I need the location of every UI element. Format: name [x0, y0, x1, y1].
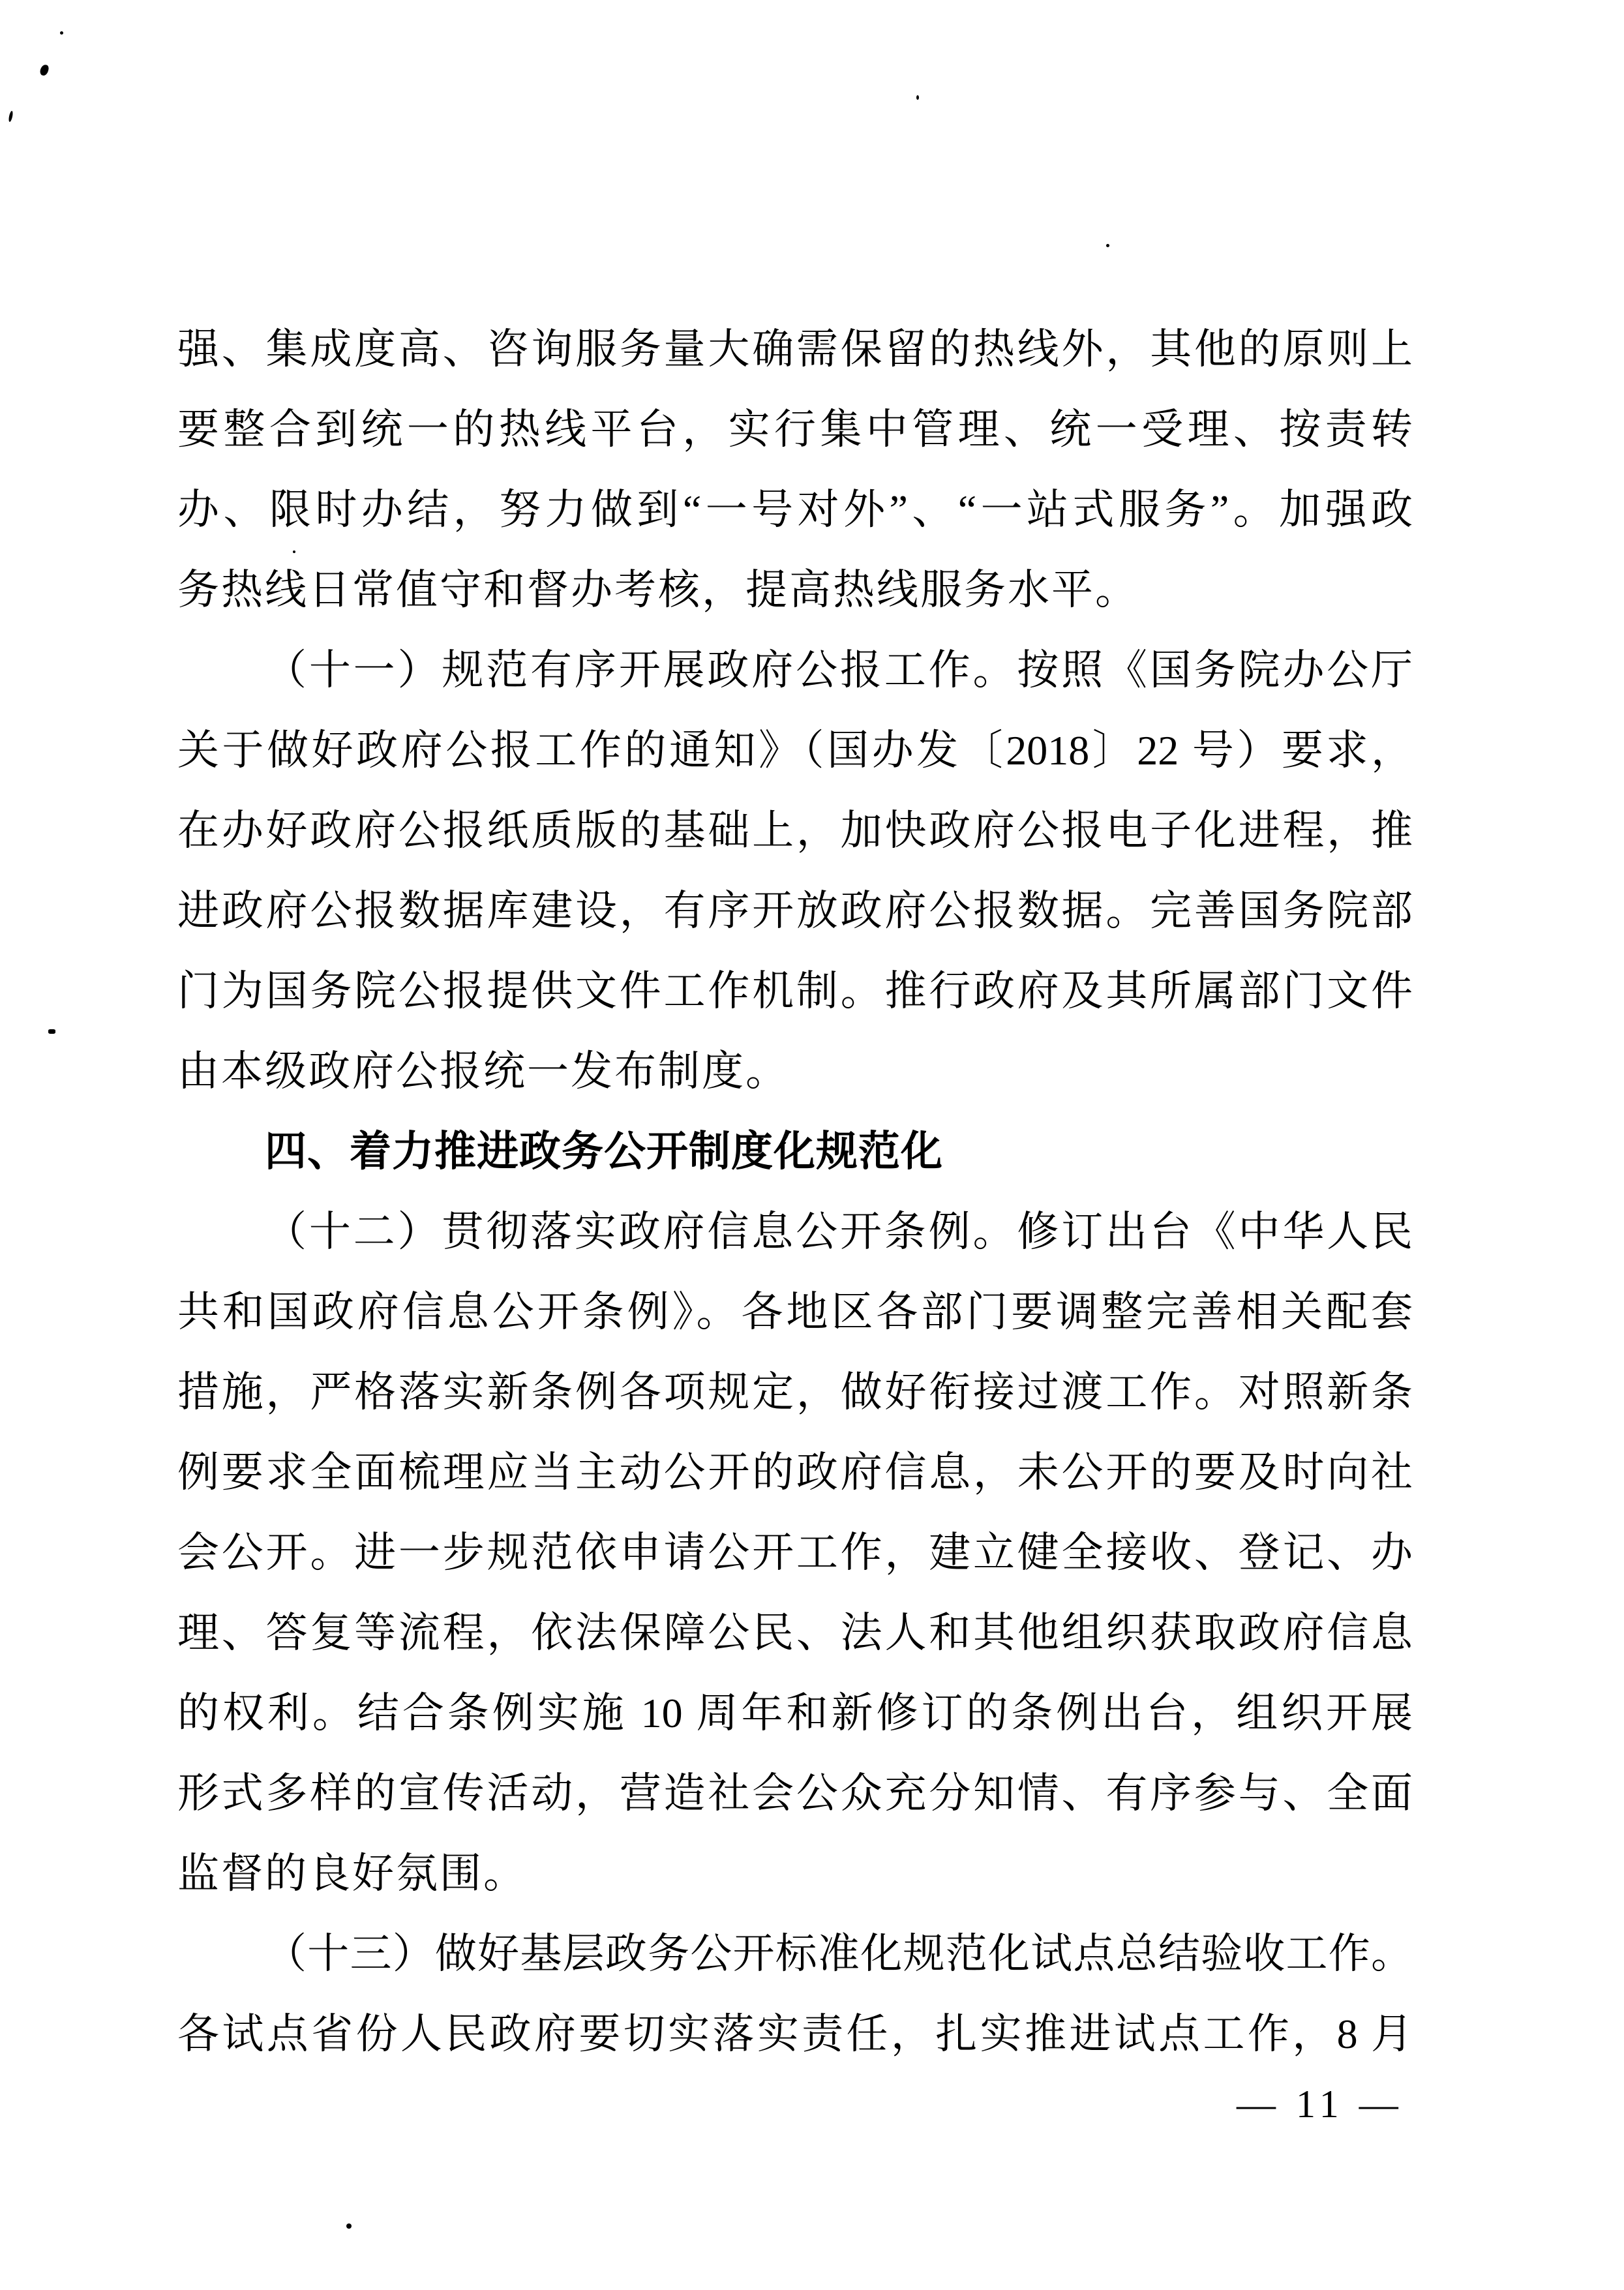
scan-speck [48, 1029, 55, 1034]
text-line: 理、答复等流程，依法保障公民、法人和其他组织获取政府信息 [177, 1593, 1413, 1673]
scan-speck [346, 2223, 352, 2229]
text-line: 由本级政府公报统一发布制度。 [177, 1031, 1413, 1111]
text-line: 关于做好政府公报工作的通知》（国办发〔2018〕22 号）要求， [177, 710, 1413, 791]
text-line: 措施，严格落实新条例各项规定，做好衔接过渡工作。对照新条 [177, 1352, 1413, 1432]
scan-speck [1106, 244, 1109, 247]
text-line: 共和国政府信息公开条例》。各地区各部门要调整完善相关配套 [177, 1272, 1413, 1352]
text-line: 会公开。进一步规范依申请公开工作，建立健全接收、登记、办 [177, 1513, 1413, 1593]
scan-speck [60, 31, 63, 35]
text-line: 的权利。结合条例实施 10 周年和新修订的条例出台，组织开展 [177, 1673, 1413, 1753]
text-line: 监督的良好氛围。 [177, 1833, 1413, 1914]
text-line: 门为国务院公报提供文件工作机制。推行政府及其所属部门文件 [177, 951, 1413, 1031]
scan-speck [39, 64, 50, 76]
scan-speck [8, 111, 13, 123]
text-line: 进政府公报数据库建设，有序开放政府公报数据。完善国务院部 [177, 871, 1413, 951]
document-page: 强、集成度高、咨询服务量大确需保留的热线外，其他的原则上 要整合到统一的热线平台… [0, 0, 1624, 2290]
text-line: 务热线日常值守和督办考核，提高热线服务水平。 [177, 550, 1413, 630]
text-line: 办、限时办结，努力做到“一号对外”、“一站式服务”。加强政 [177, 470, 1413, 550]
page-number: — 11 — [1237, 2085, 1404, 2124]
text-line: （十二）贯彻落实政府信息公开条例。修订出台《中华人民 [177, 1192, 1413, 1272]
text-line: （十三）做好基层政务公开标准化规范化试点总结验收工作。 [177, 1914, 1413, 1994]
text-line: 要整合到统一的热线平台，实行集中管理、统一受理、按责转 [177, 389, 1413, 470]
text-line: 各试点省份人民政府要切实落实责任，扎实推进试点工作，8 月 [177, 1994, 1413, 2074]
text-line: 在办好政府公报纸质版的基础上，加快政府公报电子化进程，推 [177, 791, 1413, 871]
document-body: 强、集成度高、咨询服务量大确需保留的热线外，其他的原则上 要整合到统一的热线平台… [177, 309, 1413, 2074]
text-line: 形式多样的宣传活动，营造社会公众充分知情、有序参与、全面 [177, 1753, 1413, 1833]
section-heading: 四、着力推进政务公开制度化规范化 [177, 1111, 1413, 1192]
text-line: （十一）规范有序开展政府公报工作。按照《国务院办公厅 [177, 630, 1413, 710]
text-line: 例要求全面梳理应当主动公开的政府信息，未公开的要及时向社 [177, 1432, 1413, 1513]
scan-speck [916, 95, 919, 100]
text-line: 强、集成度高、咨询服务量大确需保留的热线外，其他的原则上 [177, 309, 1413, 389]
